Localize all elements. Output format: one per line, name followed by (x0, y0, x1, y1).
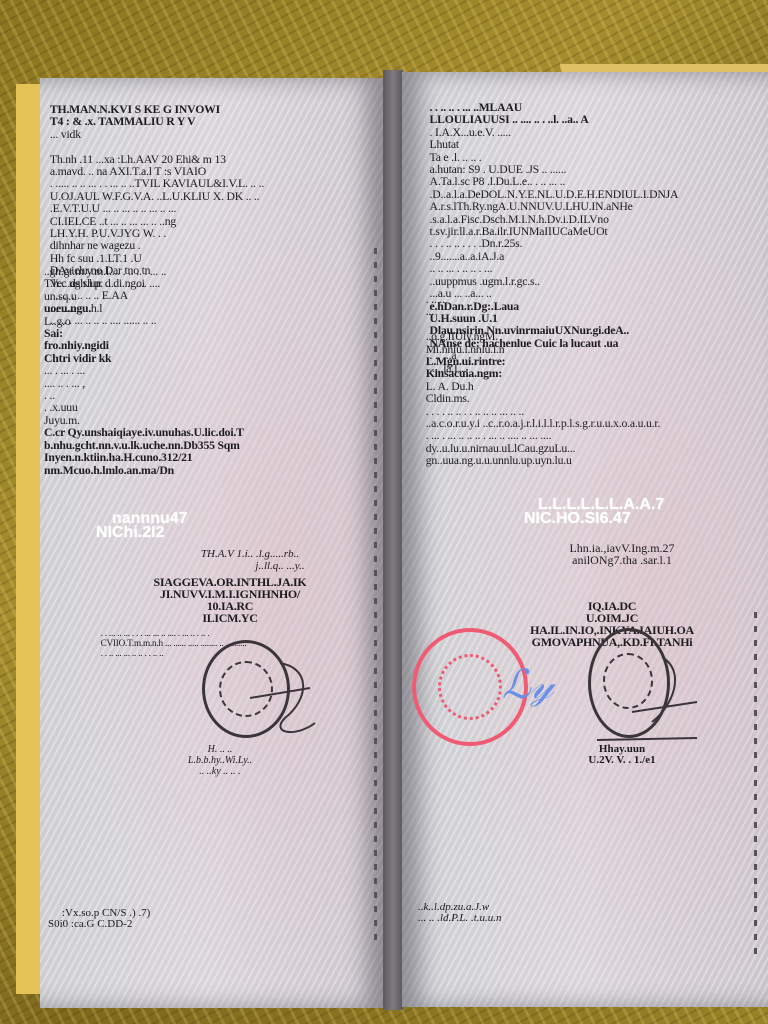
text-line: . . .. .. . ... ..MLAAU (430, 102, 679, 114)
text-line: CI.IELCE ..t ... .. ... ... .. ..ng (50, 216, 264, 228)
text-line: Inyen.n.ktiin.ha.H.cuno.312/21 (44, 452, 244, 464)
text-line: ... . ... . ... (44, 365, 244, 377)
text-line: ..gh.gr.m.y.m.l.... . .. .. . ... .. (44, 266, 244, 278)
text-line: LLOULIAUUSI .. .... .. . ..l. ..a.. A (430, 114, 679, 126)
text-line: ..a.c.o.r.u.y.i ..c..r.o.a.j.r.l.i.l.l.r… (426, 418, 660, 430)
right-page: . . .. .. . ... ..MLAAULLOULIAUUSI .. ..… (402, 72, 768, 1007)
left-issuing-authority: SIAGGEVA.OR.INTHL.JA.IK JI.NUVV.I.M.I.IG… (110, 576, 350, 624)
text-line: ..o.g.lIUly.ngM. (426, 331, 660, 343)
left-signer-name: H. .. .. L.b.b.hy..Wi.Ly.. .. ..ky .. ..… (160, 744, 280, 777)
right-footer-text: ..k..l.dp.zu.a.J.w ... .. .ld.P.L. .t.u.… (418, 902, 502, 924)
text-line: Mi.nnlu.l.nnlu.l.n (426, 344, 660, 356)
text-line: b.nhu.gcht.nn.v.u.lk.uche.nn.Db355 Sqm (44, 440, 244, 452)
text-line: . .. .. (426, 294, 660, 306)
text-line: Chtri vidir kk (44, 353, 244, 365)
text-line (426, 319, 660, 331)
text-line: t.sv.jir.ll.a.r.Ba.ilr.IUNMaIIUCaMeUOt (430, 226, 679, 238)
text-line (50, 141, 264, 153)
right-page-middle-text: . .. ..... ..o.g.lIUly.ngM.Mi.nnlu.l.nnl… (428, 294, 658, 468)
text-line: . I.A.X...u.e.V. ..... (430, 127, 679, 139)
signature-scribble-right (592, 652, 702, 742)
text-line: Juyu.m. (44, 415, 244, 427)
text-line: . . . .. .. . . . .Dn.r.25s. (430, 238, 679, 250)
text-line: .E.V.T.U.U ... .. ... .. .. ... .. ... (50, 203, 264, 215)
text-line: .. .. ... . .. .. . ... (430, 263, 679, 275)
text-line: Lhutat (430, 139, 679, 151)
right-issue-date: Lhn.ia.,iavV.Ing.m.27 anilONg7.tha .sar.… (522, 542, 722, 566)
text-line: . . . . .. .. . . .. .. .. ... .. .. (426, 406, 660, 418)
text-line: gn..uua.ng.u.u.unnlu.up.uyn.lu.u (426, 455, 660, 467)
left-footer-text: :Vx.so.p CN/S .) .7) S0i0 :ca.G C.DD-2 (48, 908, 150, 930)
text-line: . ..... .. .. ... . . ... .. ..TVIL KAVI… (50, 178, 264, 190)
text-line: . . ... .. ... . . . ... ... .. .... . .… (101, 628, 247, 638)
text-line: A.Ta.l.sc P8 .l.Du.L.e.. . .. ... .. (430, 176, 679, 188)
page-perforation-right (754, 612, 757, 962)
left-page: TH.MAN.N.KVI S KE G INVOWIT4 : & .x. TAM… (40, 78, 385, 1008)
text-line: fro.nhiy.ngidi (44, 340, 244, 352)
page-perforation-left (374, 248, 377, 948)
text-line: a.hutan: S9 . U.DUE .JS .. ...... (430, 164, 679, 176)
text-line: Kinsacuia.ngm: (426, 368, 660, 380)
text-line: Sai: (44, 328, 244, 340)
left-signature-lines: TH.A.V 1.i.. .l.g.....rb.. j..ll.q.. ...… (150, 548, 350, 572)
right-signer-name: Hhay.uun U.2V. V. . 1./e1 (572, 744, 672, 766)
text-line: .... .. . ... , (44, 378, 244, 390)
text-line: . ... . ... .. .. .. . ... .. .... .. ..… (426, 430, 660, 442)
text-line: Ta e .l. .. .. . (430, 152, 679, 164)
text-line: a.mavd. .. na AXI.T.a.l T :s VIAIO (50, 166, 264, 178)
text-line: dihnhar ne wagezu . (50, 240, 264, 252)
text-line: L.Mgn.ui.rintre: (426, 356, 660, 368)
text-line: A.r.s.lTh.Ry.ngA.U.NNUV.U.LHU.IN.aNHe (430, 201, 679, 213)
text-line: ... vidk (50, 129, 264, 141)
text-line: L..g.o (44, 316, 244, 328)
text-line: ..9.......a..a.iA.J.a (430, 251, 679, 263)
text-line: C.cr Qy.unshaiqiaye.iv.unuhas.U.lic.doi.… (44, 427, 244, 439)
text-line: Hh fc suu .1.LT.1 .U (50, 253, 264, 265)
text-line: ... (426, 306, 660, 318)
text-line: ..uuppmus .ugm.l.r.gc.s.. (430, 276, 679, 288)
text-line: L. A. Du.h (426, 381, 660, 393)
text-line: T.h.c ugh.l.p. .... .. .. .... .... (44, 278, 244, 290)
text-line: Th.nh .11 ...xa :Lh.AAV 20 Ehi& m 13 (50, 154, 264, 166)
text-line: un.sq.u (44, 291, 244, 303)
booklet-spine (383, 70, 403, 1010)
text-line: Cldin.ms. (426, 393, 660, 405)
seal-star-icon (438, 654, 502, 720)
text-line: . .x.uuu (44, 402, 244, 414)
right-registration-number: L.L.L.L.L.L.A.A.7 NIC.HO.SI6.47 (524, 498, 664, 526)
text-line: dy..u.lu.u.nirnau.uLlCau.gzuLu... (426, 443, 660, 455)
signature-scribble-left (240, 658, 320, 748)
blue-signature-icon: ℒ𝓎 (502, 662, 554, 708)
text-line: U.OJ.AUL W.F.G.V.A. ..L.U.KLIU X. DK .. … (50, 191, 264, 203)
text-line: LH.Y.H. P.U.V.JYG W. . . (50, 228, 264, 240)
left-registration-number: nannnu47 NIChi.2I2 (96, 512, 188, 540)
text-line: .s.a.l.a.Fisc.Dsch.M.I.N.h.Dv.i.D.ILVno (430, 214, 679, 226)
text-line: . .. (44, 390, 244, 402)
text-line: nm.Mcuo.h.lmlo.an.ma/Dn (44, 465, 244, 477)
text-line: uoeu.ngu. (44, 303, 244, 315)
text-line: T4 : & .x. TAMMALIU R Y V (50, 116, 264, 128)
booklet-cover-edge (16, 84, 42, 994)
text-line: TH.MAN.N.KVI S KE G INVOWI (50, 104, 264, 116)
left-page-middle-text: ..gh.gr.m.y.m.l.... . .. .. . ... ..T.h.… (46, 266, 242, 477)
text-line: .D..a.l.a.DeDOL.N.Y.E.NL.U.D.E.H.ENDIUL.… (430, 189, 679, 201)
